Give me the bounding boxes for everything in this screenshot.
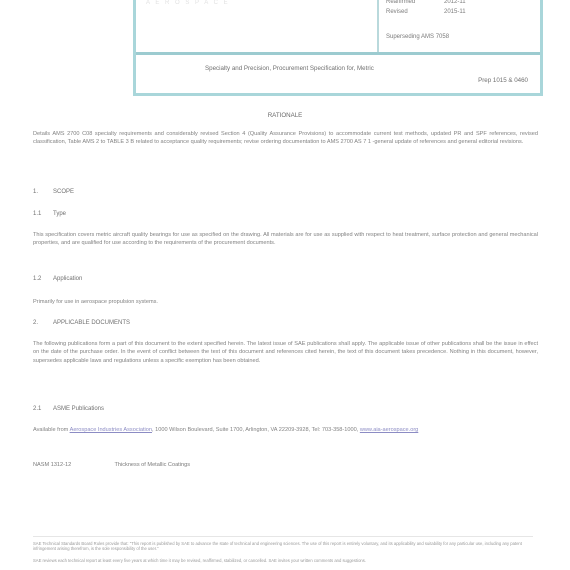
rationale-paragraph: Details AMS 2700 C08 specialty requireme… [33, 130, 538, 147]
header-title-row: Specialty and Precision, Procurement Spe… [136, 55, 540, 93]
application-paragraph: Primarily for use in aerospace propulsio… [33, 298, 538, 306]
document-header-box: A E R O S P A C E Reaffirmed2012-11 Revi… [133, 0, 543, 96]
reference-title: Thickness of Metallic Coatings [114, 462, 190, 468]
section-type-heading: 1.1Type [33, 211, 66, 217]
superseding-note: Superseding AMS 7058 [386, 34, 449, 40]
header-meta-area: Reaffirmed2012-11 Revised2015-11 Superse… [377, 0, 540, 52]
section-asme-heading: 2.1ASME Publications [33, 406, 104, 412]
document-title: Specialty and Precision, Procurement Spe… [165, 65, 535, 72]
footer-divider [33, 536, 533, 537]
applicable-docs-paragraph: The following publications form a part o… [33, 340, 538, 365]
reference-code: NASM 1312-12 [33, 462, 113, 468]
meta-reaffirmed: Reaffirmed2012-11 [386, 0, 466, 5]
section-applicable-docs-heading: 2.APPLICABLE DOCUMENTS [33, 320, 130, 326]
section-scope-heading: 1.SCOPE [33, 189, 74, 195]
document-subtitle: Prep 1015 & 0460 [478, 77, 528, 84]
header-logo-area: A E R O S P A C E [136, 0, 377, 52]
asme-paragraph: Available from Aerospace Industries Asso… [33, 426, 538, 434]
meta-revised: Revised2015-11 [386, 9, 466, 15]
reference-row: NASM 1312-12 Thickness of Metallic Coati… [33, 462, 190, 468]
type-paragraph: This specification covers metric aircraf… [33, 231, 538, 248]
rationale-heading: RATIONALE [0, 112, 570, 119]
aia-url-link[interactable]: www.aia-aerospace.org [360, 427, 418, 433]
header-top-row: A E R O S P A C E Reaffirmed2012-11 Revi… [136, 0, 540, 55]
section-application-heading: 1.2Application [33, 276, 82, 282]
aia-link[interactable]: Aerospace Industries Association [70, 427, 152, 433]
footer-review-note: SAE reviews each technical report at lea… [33, 558, 538, 563]
header-faint-text: A E R O S P A C E [146, 0, 230, 6]
footer-disclaimer: SAE Technical Standards Board Rules prov… [33, 541, 538, 551]
